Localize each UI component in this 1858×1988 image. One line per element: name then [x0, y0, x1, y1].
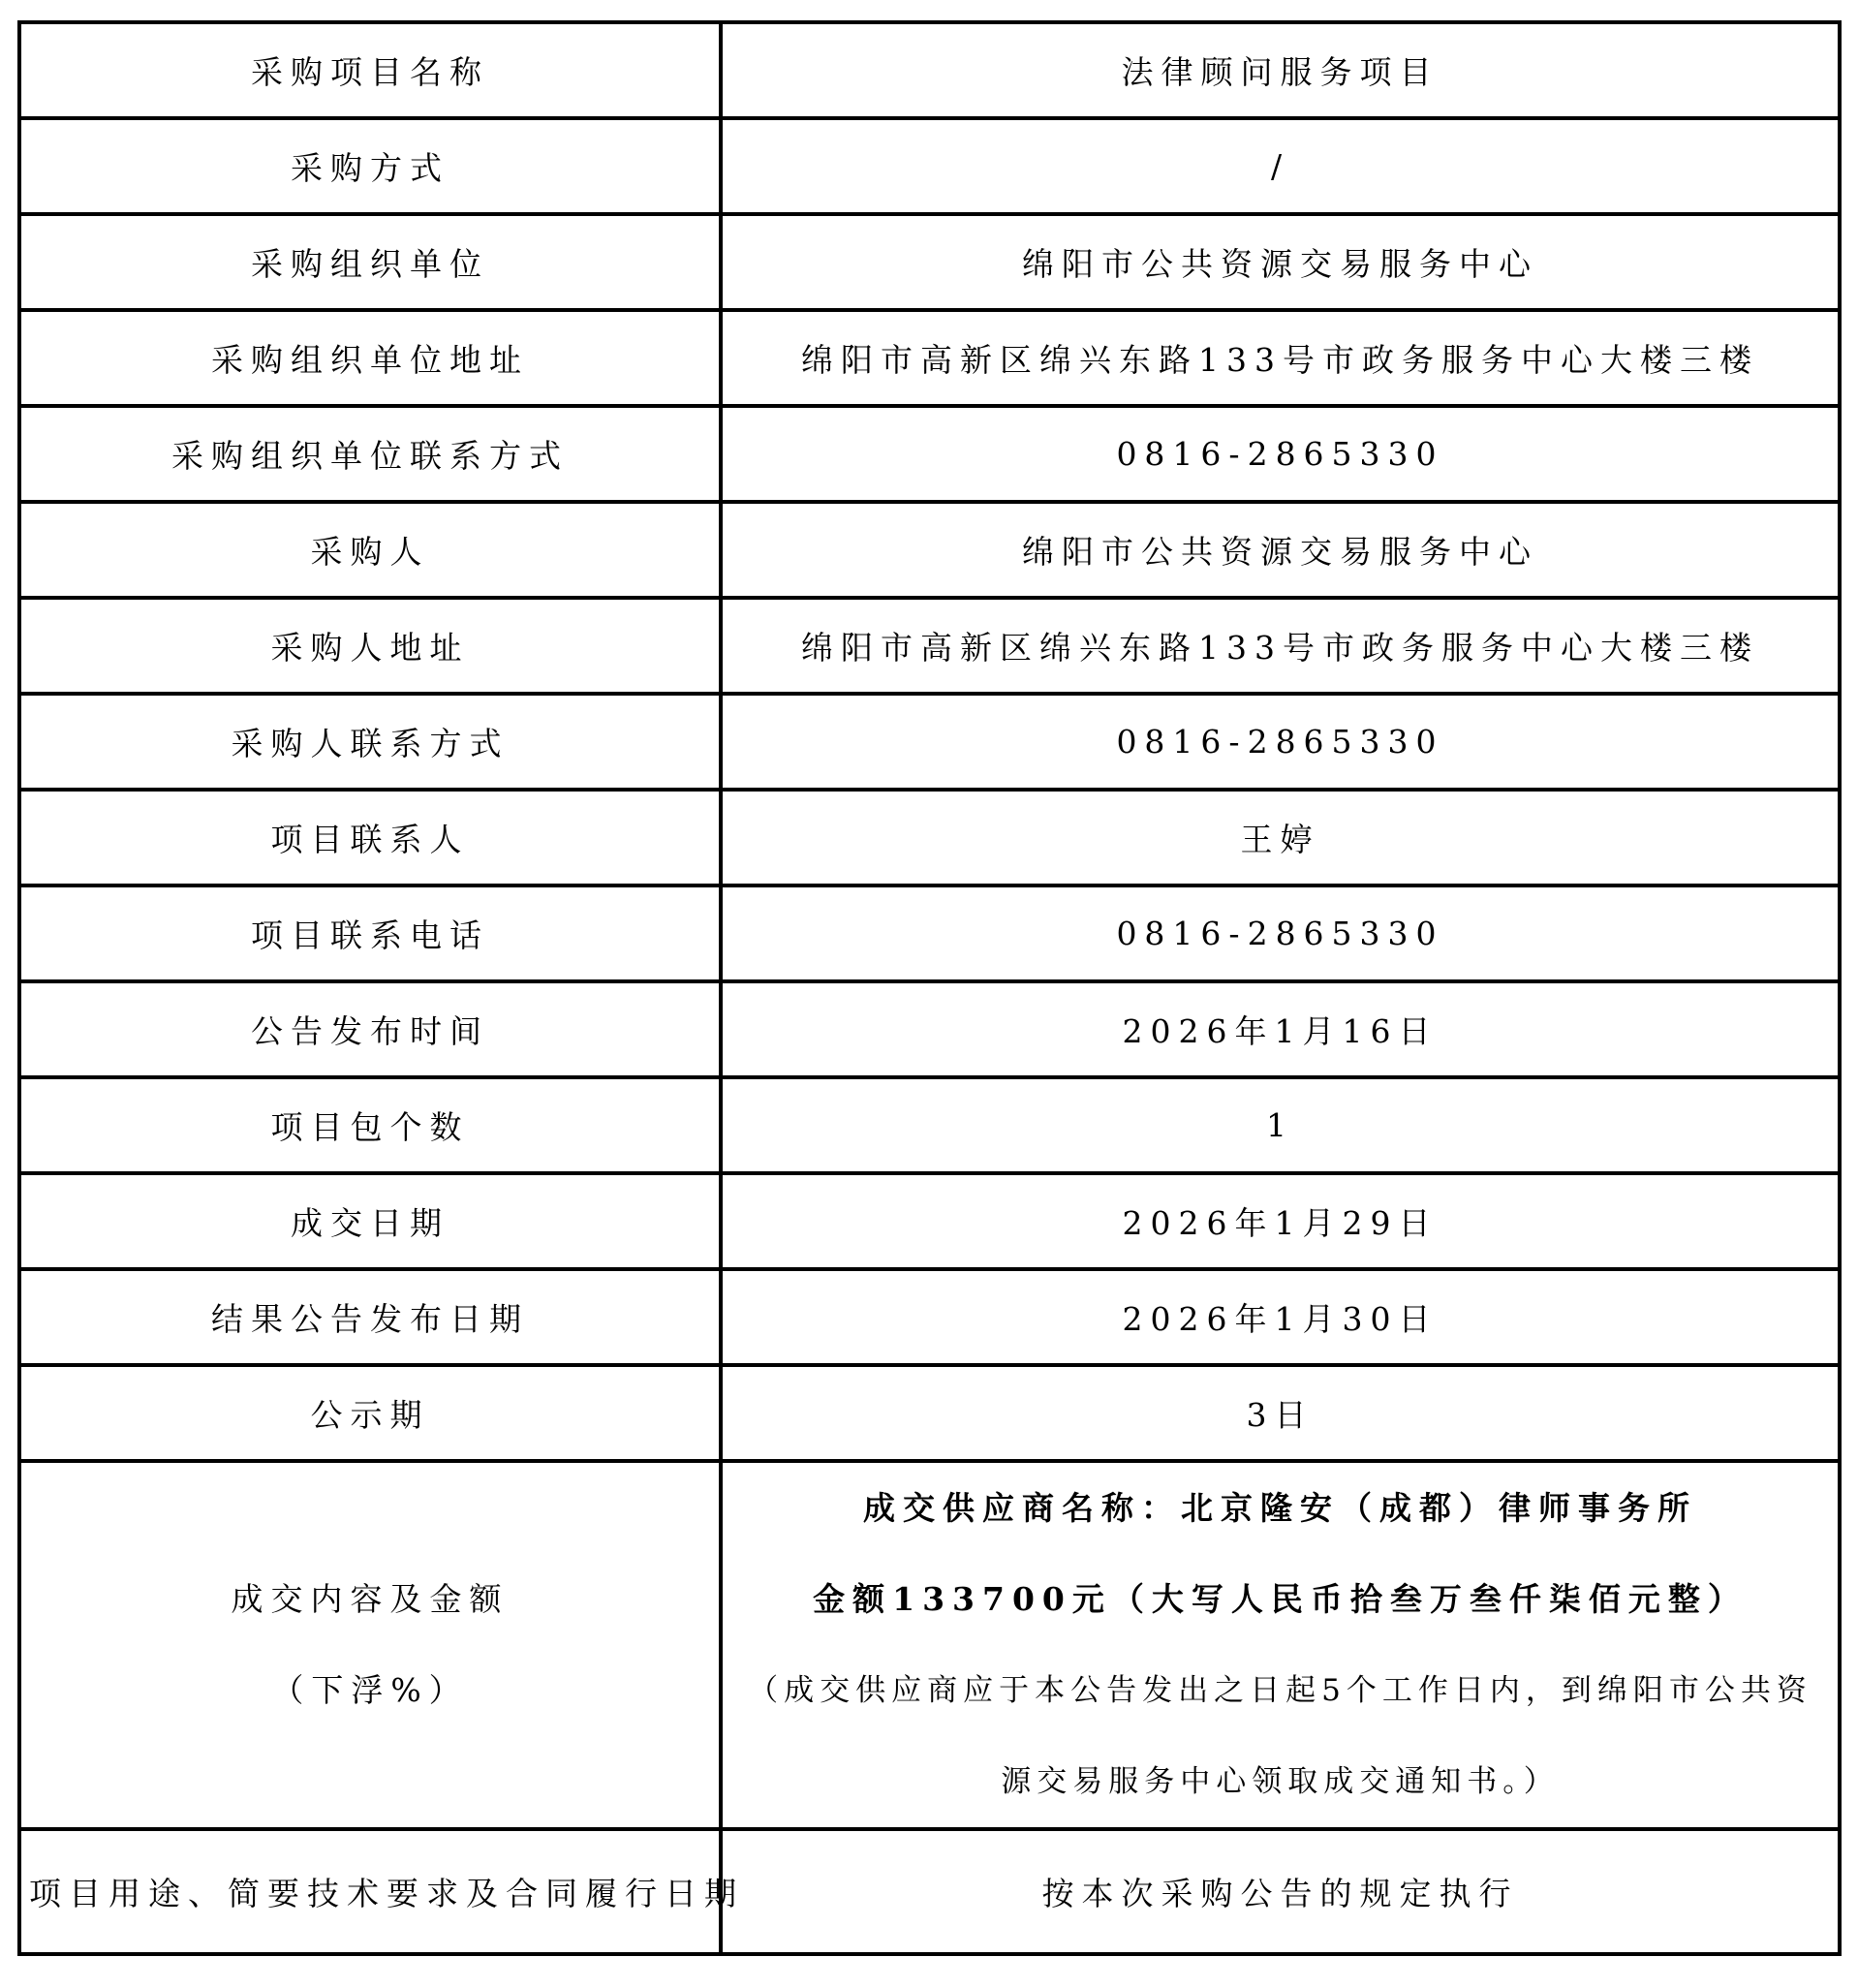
row-organizer-address: 采购组织单位地址 绵阳市高新区绵兴东路133号市政务服务中心大楼三楼: [19, 310, 1840, 406]
award-label-line2: （下浮%）: [29, 1645, 711, 1736]
award-supplier: 成交供应商名称：北京隆安（成都）律师事务所: [730, 1463, 1830, 1554]
value-cell: 绵阳市公共资源交易服务中心: [721, 502, 1840, 598]
row-project-contact-person: 项目联系人 王婷: [19, 790, 1840, 885]
value-cell: 绵阳市高新区绵兴东路133号市政务服务中心大楼三楼: [721, 310, 1840, 406]
row-project-contact-phone: 项目联系电话 0816-2865330: [19, 885, 1840, 981]
label-cell: 成交日期: [19, 1173, 721, 1269]
value-cell: 绵阳市公共资源交易服务中心: [721, 214, 1840, 310]
row-purchaser-address: 采购人地址 绵阳市高新区绵兴东路133号市政务服务中心大楼三楼: [19, 598, 1840, 694]
label-cell: 采购人: [19, 502, 721, 598]
label-cell: 采购组织单位: [19, 214, 721, 310]
value-cell: 2026年1月29日: [721, 1173, 1840, 1269]
row-announcement-date: 公告发布时间 2026年1月16日: [19, 981, 1840, 1077]
label-cell: 采购人联系方式: [19, 694, 721, 790]
label-cell: 项目联系人: [19, 790, 721, 885]
row-result-announcement-date: 结果公告发布日期 2026年1月30日: [19, 1269, 1840, 1365]
label-cell: 结果公告发布日期: [19, 1269, 721, 1365]
value-cell: 成交供应商名称：北京隆安（成都）律师事务所 金额133700元（大写人民币拾叁万…: [721, 1461, 1840, 1829]
value-cell: 2026年1月30日: [721, 1269, 1840, 1365]
value-cell: 1: [721, 1077, 1840, 1173]
value-cell: /: [721, 118, 1840, 214]
label-cell: 公示期: [19, 1365, 721, 1461]
row-award-date: 成交日期 2026年1月29日: [19, 1173, 1840, 1269]
award-note-line2: 源交易服务中心领取成交通知书。）: [730, 1736, 1830, 1827]
row-project-name: 采购项目名称 法律顾问服务项目: [19, 22, 1840, 118]
value-cell: 3日: [721, 1365, 1840, 1461]
row-usage: 项目用途、简要技术要求及合同履行日期 按本次采购公告的规定执行: [19, 1829, 1840, 1954]
value-cell: 0816-2865330: [721, 694, 1840, 790]
value-cell: 法律顾问服务项目: [721, 22, 1840, 118]
label-cell: 项目用途、简要技术要求及合同履行日期: [19, 1829, 721, 1954]
value-cell: 0816-2865330: [721, 885, 1840, 981]
row-purchaser: 采购人 绵阳市公共资源交易服务中心: [19, 502, 1840, 598]
label-cell: 采购人地址: [19, 598, 721, 694]
row-procurement-method: 采购方式 /: [19, 118, 1840, 214]
value-cell: 王婷: [721, 790, 1840, 885]
award-note-line1: （成交供应商应于本公告发出之日起5个工作日内，到绵阳市公共资: [730, 1645, 1830, 1736]
row-award-content: 成交内容及金额 （下浮%） 成交供应商名称：北京隆安（成都）律师事务所 金额13…: [19, 1461, 1840, 1829]
label-cell: 采购项目名称: [19, 22, 721, 118]
value-cell: 按本次采购公告的规定执行: [721, 1829, 1840, 1954]
value-cell: 2026年1月16日: [721, 981, 1840, 1077]
label-cell: 采购方式: [19, 118, 721, 214]
label-cell: 成交内容及金额 （下浮%）: [19, 1461, 721, 1829]
row-package-count: 项目包个数 1: [19, 1077, 1840, 1173]
row-purchaser-contact: 采购人联系方式 0816-2865330: [19, 694, 1840, 790]
label-cell: 项目包个数: [19, 1077, 721, 1173]
procurement-result-table: 采购项目名称 法律顾问服务项目 采购方式 / 采购组织单位 绵阳市公共资源交易服…: [17, 20, 1842, 1956]
label-cell: 项目联系电话: [19, 885, 721, 981]
label-cell: 采购组织单位地址: [19, 310, 721, 406]
value-cell: 0816-2865330: [721, 406, 1840, 502]
value-cell: 绵阳市高新区绵兴东路133号市政务服务中心大楼三楼: [721, 598, 1840, 694]
label-cell: 采购组织单位联系方式: [19, 406, 721, 502]
label-cell: 公告发布时间: [19, 981, 721, 1077]
row-organizer: 采购组织单位 绵阳市公共资源交易服务中心: [19, 214, 1840, 310]
award-label-line1: 成交内容及金额: [29, 1554, 711, 1645]
award-amount: 金额133700元（大写人民币拾叁万叁仟柒佰元整）: [730, 1554, 1830, 1645]
row-organizer-contact: 采购组织单位联系方式 0816-2865330: [19, 406, 1840, 502]
row-publicity-period: 公示期 3日: [19, 1365, 1840, 1461]
